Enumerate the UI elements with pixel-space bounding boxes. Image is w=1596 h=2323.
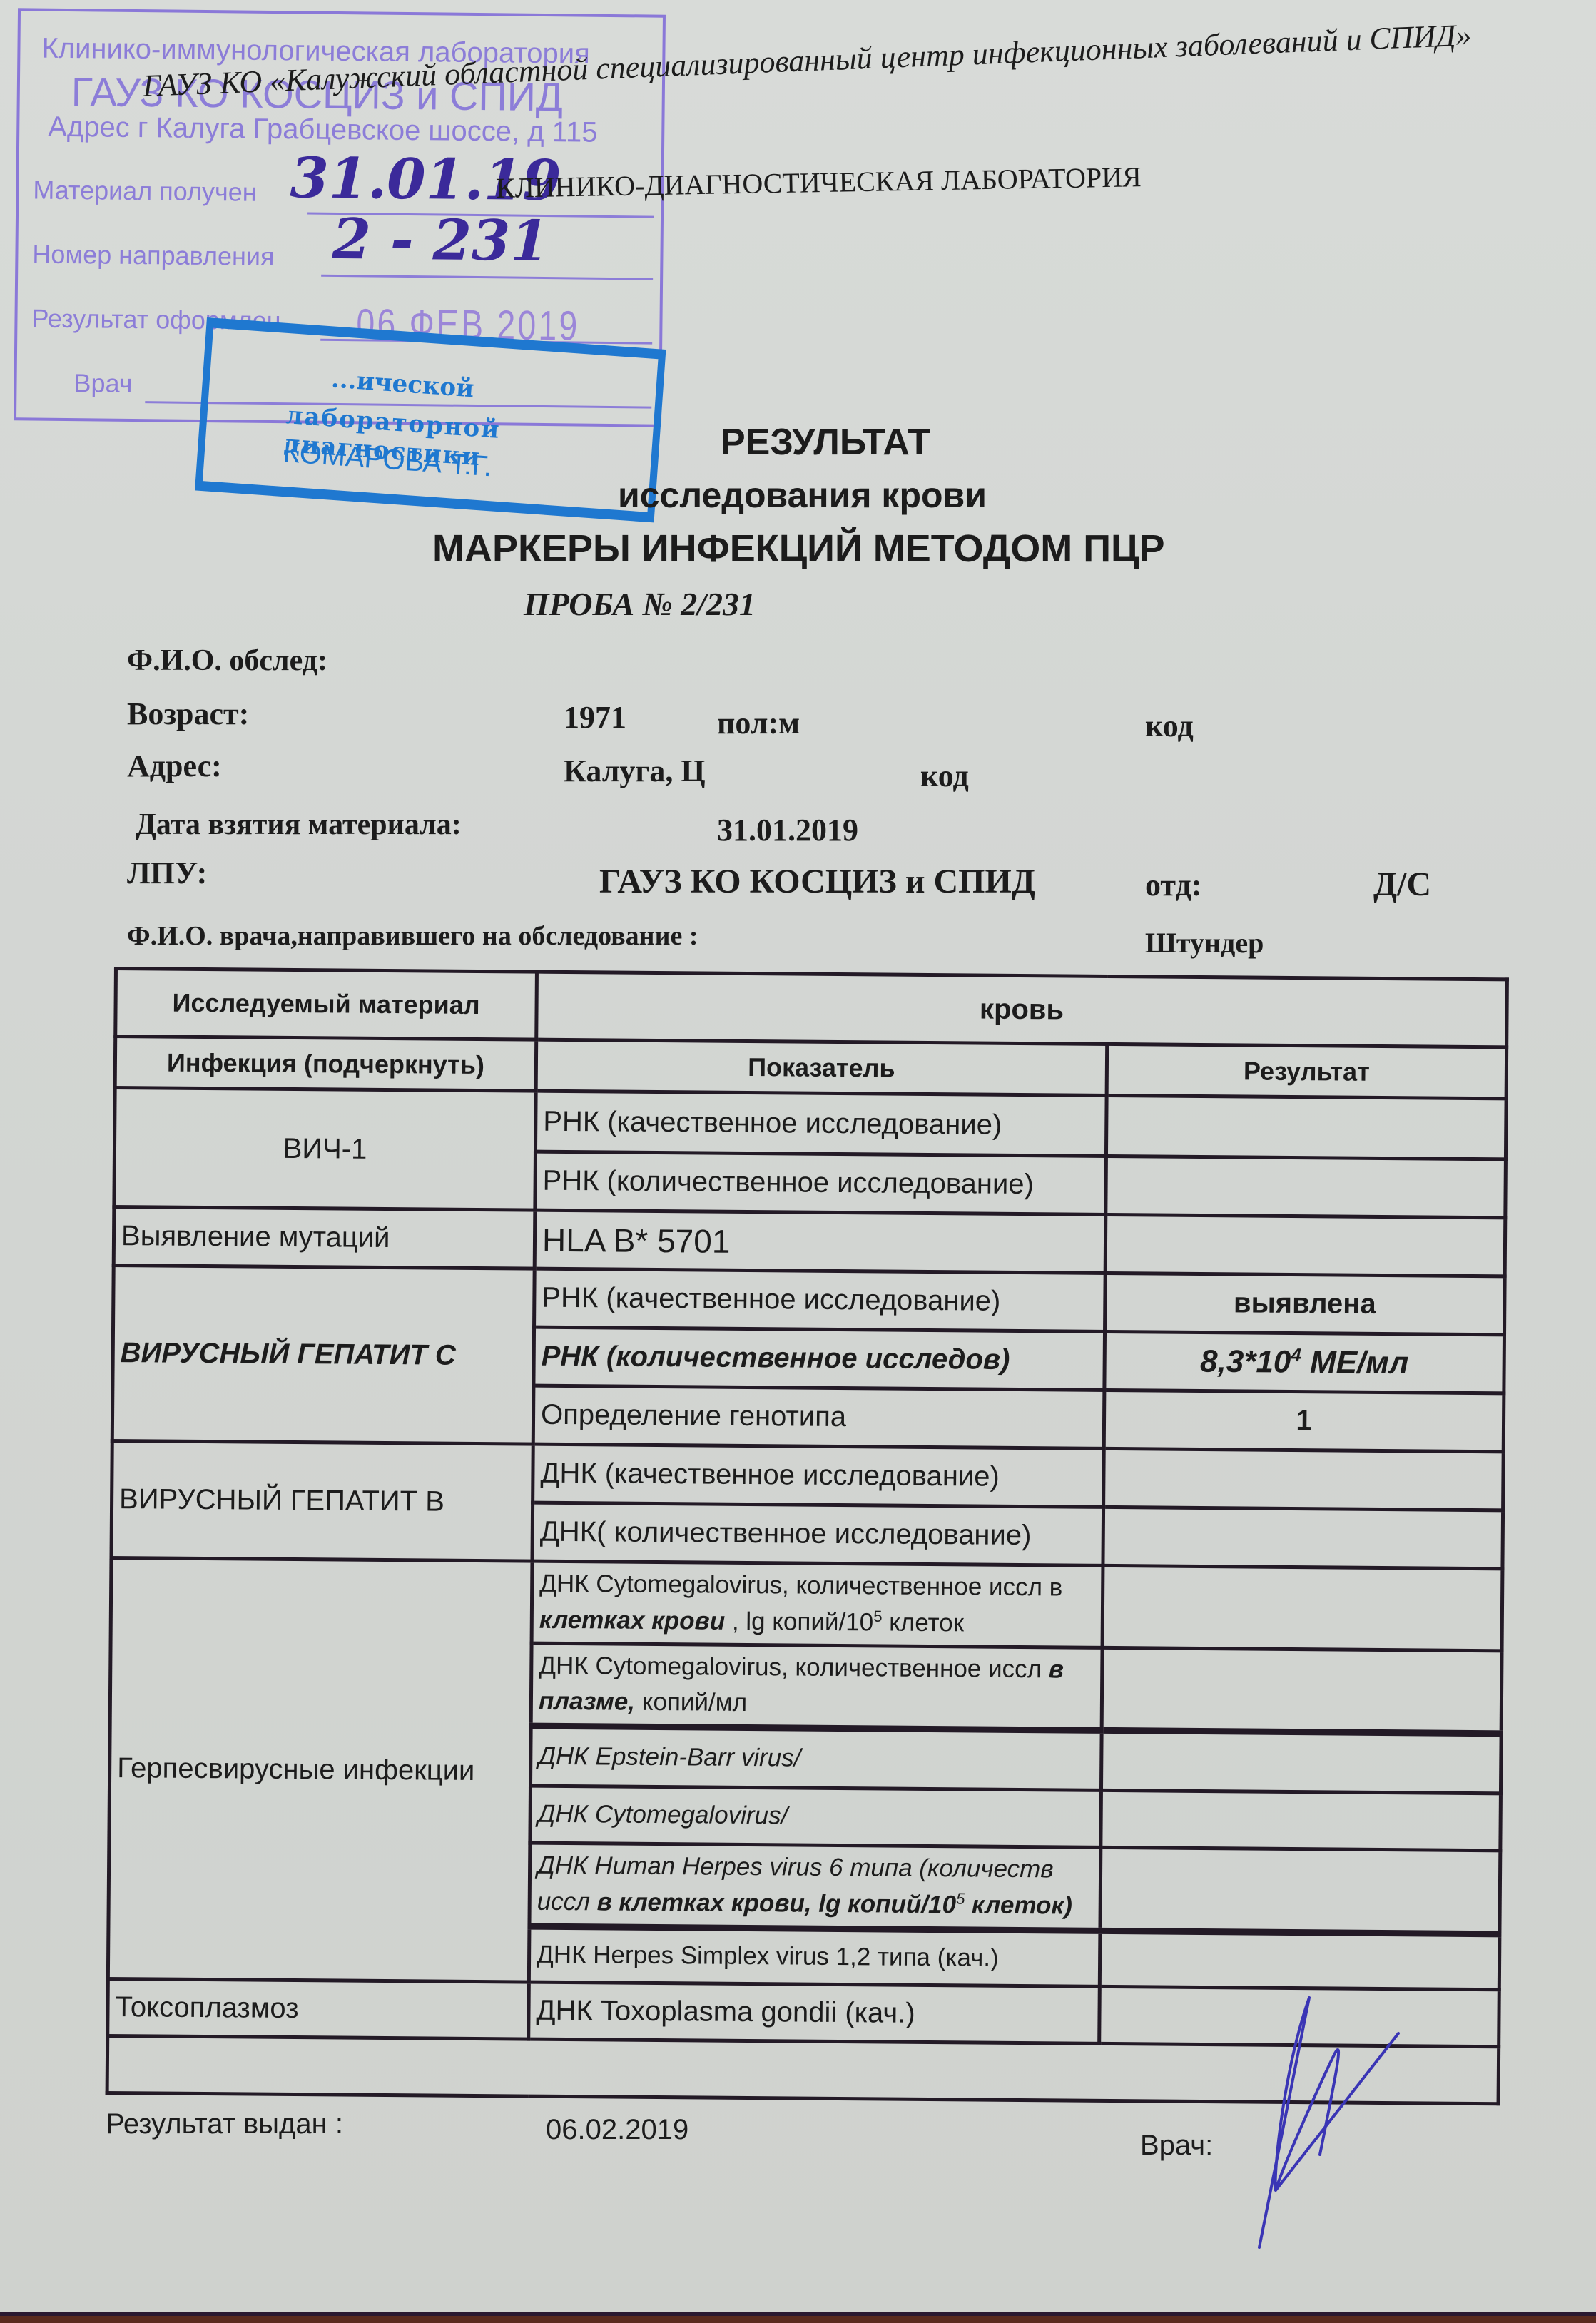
age-label: Возраст: xyxy=(127,696,249,732)
indicator-cell: HLA B* 5701 xyxy=(534,1210,1106,1273)
indicator-cell: РНК (качественное исследование) xyxy=(535,1091,1107,1156)
infection-hepatitis-b: ВИРУСНЫЙ ГЕПАТИТ В xyxy=(111,1440,533,1561)
issued-label: Результат выдан : xyxy=(106,2108,343,2140)
department-label: отд: xyxy=(1145,867,1201,903)
result-cell xyxy=(1103,1507,1503,1568)
document-page: Клинико-иммунологическая лаборатория ГАУ… xyxy=(0,0,1596,2316)
result-cell xyxy=(1101,1730,1501,1793)
doctor-signature-label: Врач: xyxy=(1140,2130,1213,2162)
infection-mutations: Выявление мутаций xyxy=(113,1207,535,1269)
doctor-stamp-blue: ...ической лабораторной диагностики КОМА… xyxy=(195,317,666,522)
department-value: Д/С xyxy=(1373,865,1431,904)
result-cell-hcv-viral-load: 8,3*104 МЕ/мл xyxy=(1104,1331,1505,1393)
result-cell xyxy=(1102,1565,1503,1650)
patient-name-label: Ф.И.О. обслед: xyxy=(127,644,327,678)
result-cell xyxy=(1106,1095,1506,1159)
indicator-cell: РНК (количественное исследов) xyxy=(534,1327,1105,1390)
indicator-cell: Определение генотипа xyxy=(533,1386,1104,1448)
document-subtitle: исследования крови xyxy=(618,474,987,516)
sex-value: пол:м xyxy=(717,705,800,741)
indicator-cell: ДНК Toxoplasma gondii (кач.) xyxy=(529,1982,1100,2043)
results-table: Исследуемый материал кровь Инфекция (под… xyxy=(106,967,1509,2105)
indicator-cell: РНК (качественное исследование) xyxy=(534,1269,1106,1331)
sample-date-value: 31.01.2019 xyxy=(717,812,858,848)
column-indicator: Показатель xyxy=(536,1039,1107,1095)
infection-herpes: Герпесвирусные инфекции xyxy=(108,1557,532,1981)
result-cell xyxy=(1099,1931,1500,1989)
indicator-cell: ДНК Epstein-Barr virus/ xyxy=(531,1726,1102,1790)
code-label: код xyxy=(1145,708,1194,744)
infection-hepatitis-c: ВИРУСНЫЙ ГЕПАТИТ С xyxy=(112,1266,534,1445)
result-cell-hcv-qualitative: выявлена xyxy=(1105,1273,1505,1334)
result-cell xyxy=(1101,1790,1501,1850)
document-title: РЕЗУЛЬТАТ xyxy=(721,421,930,464)
sample-number: ПРОБА № 2/231 xyxy=(524,585,756,623)
column-result: Результат xyxy=(1107,1044,1507,1098)
indicator-cell: ДНК (качественное исследование) xyxy=(533,1444,1104,1507)
stamp-referral-label: Номер направления xyxy=(32,239,274,272)
result-cell xyxy=(1105,1214,1505,1276)
referring-doctor-label: Ф.И.О. врача,направившего на обследовани… xyxy=(127,920,698,952)
indicator-cell: ДНК( количественное исследование) xyxy=(532,1503,1104,1565)
address-value: Калуга, Ц xyxy=(564,753,706,789)
indicator-cell: РНК (количественное исследование) xyxy=(535,1152,1107,1214)
result-cell xyxy=(1104,1448,1504,1510)
table-row: Выявление мутаций HLA B* 5701 xyxy=(113,1207,1505,1276)
lpu-value: ГАУЗ КО КОСЦИЗ и СПИД xyxy=(599,862,1035,901)
doctor-signature xyxy=(1241,1983,1498,2255)
result-cell xyxy=(1100,1847,1500,1933)
table-row: Исследуемый материал кровь xyxy=(116,969,1508,1047)
indicator-cell: ДНК Herpes Simplex virus 1,2 типа (кач.) xyxy=(529,1926,1100,1986)
indicator-cell: ДНК Cytomegalovirus/ xyxy=(530,1786,1102,1847)
table-row: ВИРУСНЫЙ ГЕПАТИТ С РНК (качественное исс… xyxy=(113,1266,1505,1335)
indicator-cell: ДНК Cytomegalovirus, количественное иссл… xyxy=(532,1561,1103,1647)
handwritten-referral-number: 2 - 231 xyxy=(332,207,549,274)
infection-toxoplasmosis: Токсоплазмоз xyxy=(108,1978,529,2039)
table-row: ВИЧ-1 РНК (качественное исследование) xyxy=(115,1088,1507,1159)
indicator-cell: ДНК Cytomegalovirus, количественное иссл… xyxy=(531,1643,1102,1731)
blue-stamp-line1: ...ической xyxy=(330,365,475,403)
referring-doctor-value: Штундер xyxy=(1145,926,1264,960)
indicator-cell: ДНК Human Herpes virus 6 типа (количеств… xyxy=(529,1843,1101,1931)
age-value: 1971 xyxy=(564,699,626,736)
address-label: Адрес: xyxy=(127,748,222,784)
result-cell xyxy=(1106,1156,1506,1217)
address-code-label: код xyxy=(920,758,969,794)
stamp-address: Адрес г Калуга Грабцевское шоссе, д 115 xyxy=(48,111,598,149)
material-value: кровь xyxy=(537,972,1508,1047)
result-cell xyxy=(1102,1647,1502,1734)
document-heading: МАРКЕРЫ ИНФЕКЦИЙ МЕТОДОМ ПЦР xyxy=(432,527,1164,571)
result-cell-hcv-genotype: 1 xyxy=(1104,1390,1504,1451)
infection-hiv: ВИЧ-1 xyxy=(114,1088,536,1211)
stamp-received-label: Материал получен xyxy=(33,176,257,208)
column-infection: Инфекция (подчеркнуть) xyxy=(115,1037,537,1092)
table-row: ВИРУСНЫЙ ГЕПАТИТ В ДНК (качественное исс… xyxy=(112,1440,1504,1510)
table-row: Герпесвирусные инфекции ДНК Cytomegalovi… xyxy=(111,1557,1503,1650)
lpu-label: ЛПУ: xyxy=(127,855,207,891)
material-label: Исследуемый материал xyxy=(116,969,537,1040)
issued-date: 06.02.2019 xyxy=(546,2114,688,2146)
stamp-doctor-label: Врач xyxy=(73,368,132,399)
sample-date-label: Дата взятия материала: xyxy=(136,808,462,842)
